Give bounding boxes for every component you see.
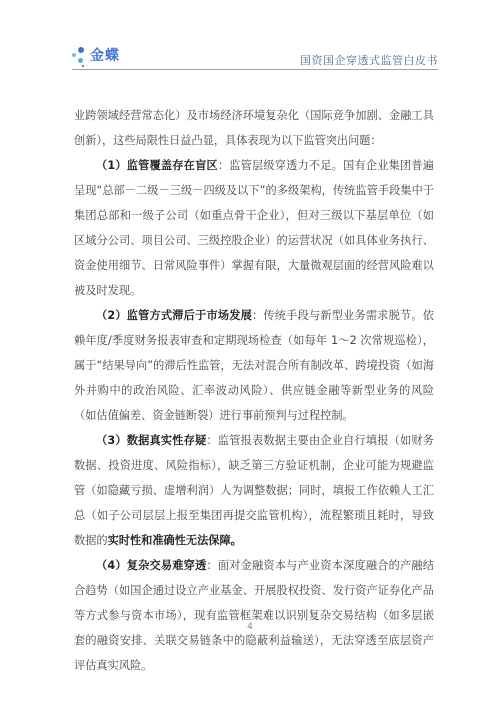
issue-end: 。 bbox=[231, 534, 242, 547]
issue-heading: （3）数据真实性存疑 bbox=[96, 434, 206, 447]
issue-heading: （4）复杂交易难穿透 bbox=[96, 559, 206, 572]
issue-heading: （1）监管覆盖存在盲区 bbox=[96, 159, 218, 172]
issue-paragraph-3: （3）数据真实性存疑：监管报表数据主要由企业自行填报（如财务数据、投资进度、风险… bbox=[74, 428, 434, 553]
logo-text: 金蝶 bbox=[90, 45, 120, 65]
logo-dots-icon bbox=[72, 44, 88, 66]
page-header: 金蝶 国资国企穿透式监管白皮书 bbox=[72, 40, 438, 70]
issue-body: ：面对金融资本与产业资本深度融合的产融结合趋势（如国企通过设立产业基金、开展股权… bbox=[74, 559, 434, 672]
issue-paragraph-2: （2）监管方式滞后于市场发展：传统手段与新型业务需求脱节。依赖年度/季度财务报表… bbox=[74, 303, 434, 428]
issue-body: ：传统手段与新型业务需求脱节。依赖年度/季度财务报表审查和定期现场检查（如每年 … bbox=[74, 309, 434, 422]
page-number: 4 bbox=[0, 622, 500, 632]
issue-body: ：监管层级穿透力不足。国有企业集团普遍呈现“总部－二级－三级－四级及以下”的多级… bbox=[74, 159, 434, 297]
issue-emphasis: 实时性和准确性无法保障 bbox=[108, 534, 231, 547]
kingdee-logo: 金蝶 bbox=[72, 44, 120, 66]
issue-paragraph-4: （4）复杂交易难穿透：面对金融资本与产业资本深度融合的产融结合趋势（如国企通过设… bbox=[74, 553, 434, 678]
issue-body: ：监管报表数据主要由企业自行填报（如财务数据、投资进度、风险指标），缺乏第三方验… bbox=[74, 434, 434, 547]
intro-paragraph: 业跨领域经营常态化）及市场经济环境复杂化（国际竞争加剧、金融工具创新），这些局限… bbox=[74, 103, 434, 153]
document-body: 业跨领域经营常态化）及市场经济环境复杂化（国际竞争加剧、金融工具创新），这些局限… bbox=[74, 103, 434, 678]
issue-heading: （2）监管方式滞后于市场发展 bbox=[96, 309, 252, 322]
issue-paragraph-1: （1）监管覆盖存在盲区：监管层级穿透力不足。国有企业集团普遍呈现“总部－二级－三… bbox=[74, 153, 434, 303]
document-title: 国资国企穿透式监管白皮书 bbox=[300, 52, 438, 68]
